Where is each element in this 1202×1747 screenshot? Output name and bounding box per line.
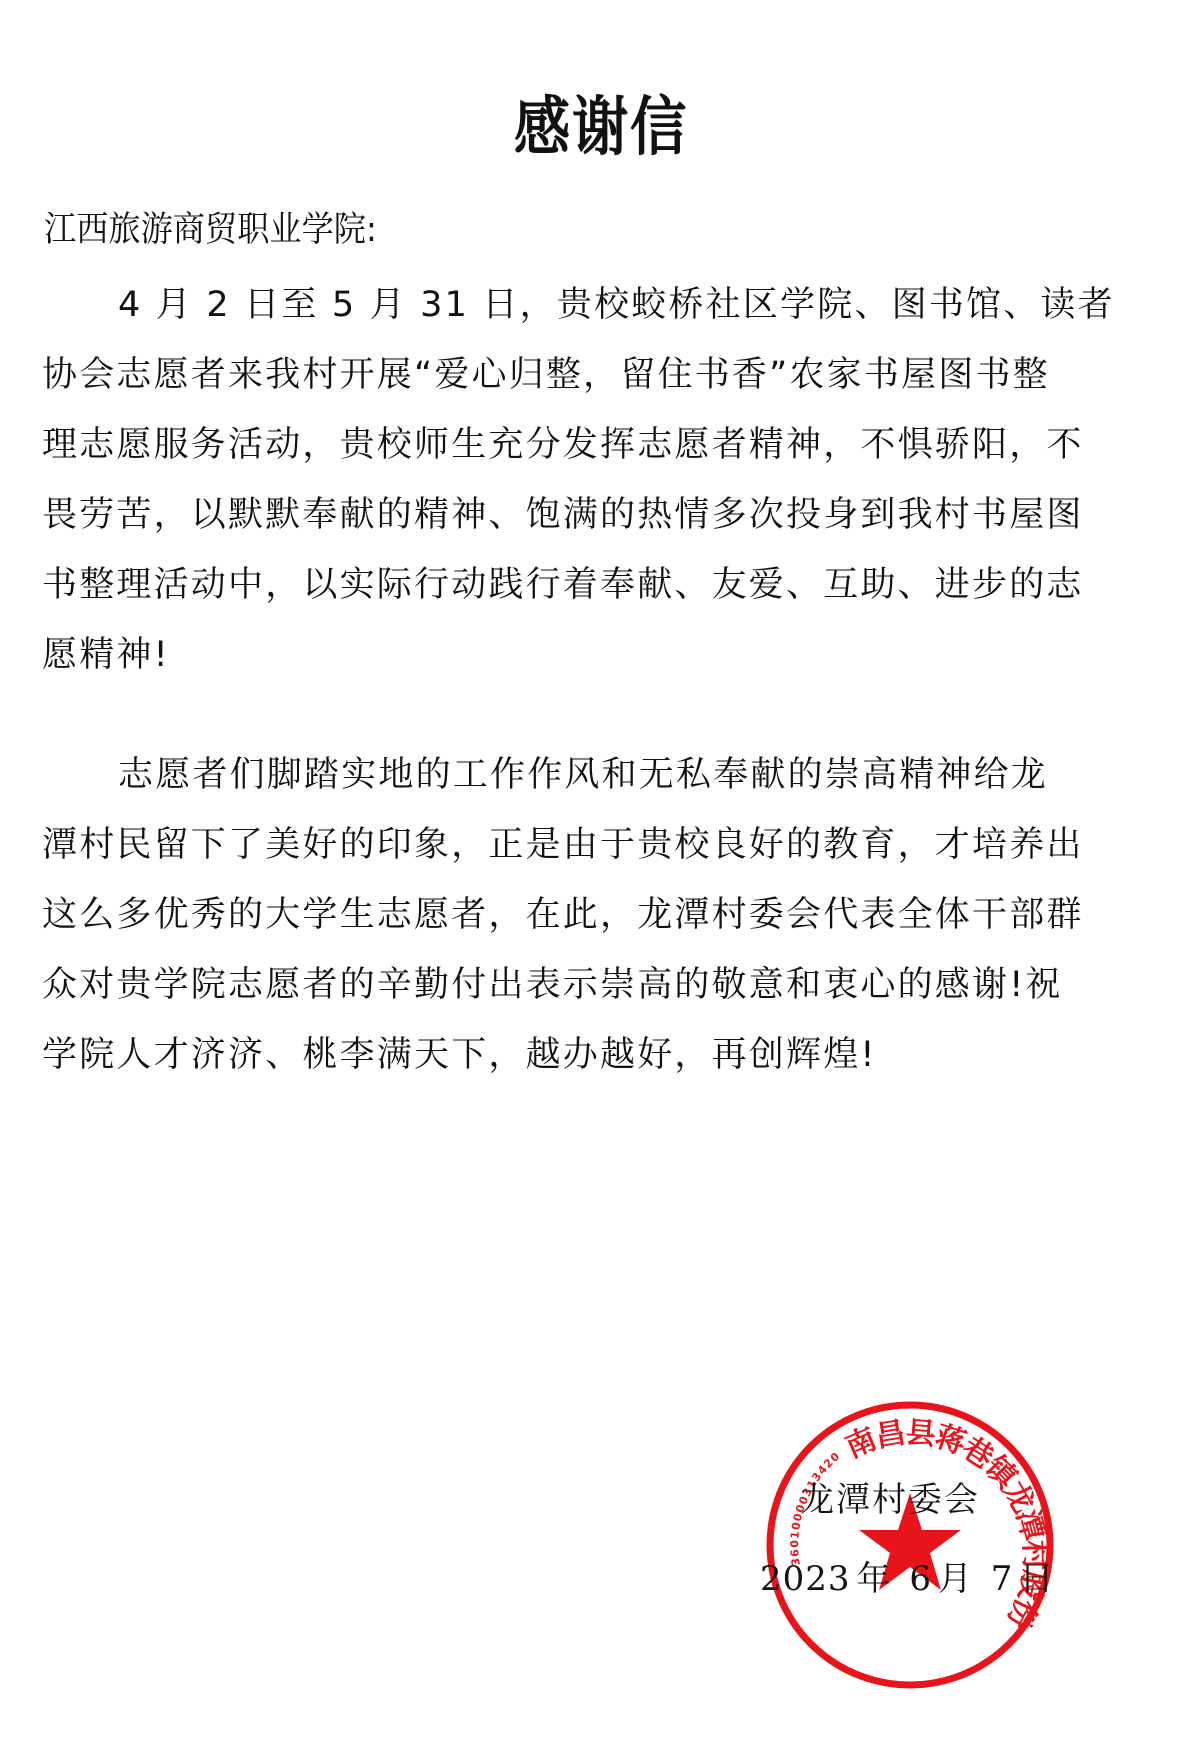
paragraph-line: 畏劳苦，以默默奉献的精神、饱满的热情多次投身到我村书屋图 (42, 480, 1082, 550)
date-month: 6 (909, 1559, 932, 1599)
date-month-unit: 月 (938, 1559, 973, 1599)
paragraph-line: 理志愿服务活动，贵校师生充分发挥志愿者精神，不惧骄阳，不 (42, 410, 1082, 480)
letter-page: 感谢信 江西旅游商贸职业学院: 4 月 2 日至 5 月 31 日，贵校蛟桥社区… (0, 0, 1202, 1747)
paragraph-line: 协会志愿者来我村开展“爱心归整，留住书香”农家书屋图书整 (42, 340, 1082, 410)
paragraph-line: 愿精神! (42, 620, 1082, 690)
paragraph-line: 4 月 2 日至 5 月 31 日，贵校蛟桥社区学院、图书馆、读者 (42, 270, 1082, 340)
paragraph-line: 书整理活动中，以实际行动践行着奉献、友爱、互助、进步的志 (42, 550, 1082, 620)
letter-title: 感谢信 (72, 88, 1130, 168)
paragraph-line: 众对贵学院志愿者的辛勤付出表示崇高的敬意和衷心的感谢!祝 (42, 950, 1082, 1020)
date-year-unit: 年 (857, 1559, 892, 1599)
paragraph-2: 志愿者们脚踏实地的工作作风和无私奉献的崇高精神给龙 潭村民留下了美好的印象，正是… (42, 740, 1082, 1090)
seal-stamp-icon: 南昌县蒋巷镇龙潭村股份经济合作联合社 36010000313420 (760, 1395, 1060, 1695)
date-day: 7 (991, 1559, 1014, 1599)
date-year: 2023 (760, 1559, 851, 1599)
signature-organization: 龙潭村委会 (800, 1478, 980, 1522)
paragraph-line: 志愿者们脚踏实地的工作作风和无私奉献的崇高精神给龙 (42, 740, 1082, 810)
paragraph-line: 潭村民留下了美好的印象，正是由于贵校良好的教育，才培养出 (42, 810, 1082, 880)
paragraph-1: 4 月 2 日至 5 月 31 日，贵校蛟桥社区学院、图书馆、读者 协会志愿者来… (42, 270, 1082, 690)
paragraph-line: 这么多优秀的大学生志愿者，在此，龙潭村委会代表全体干部群 (42, 880, 1082, 950)
signature-date: 2023年 6月 7日 (760, 1557, 1060, 1601)
salutation: 江西旅游商贸职业学院: (44, 205, 377, 255)
official-seal: 南昌县蒋巷镇龙潭村股份经济合作联合社 36010000313420 (760, 1395, 1060, 1695)
date-day-unit: 日 (1019, 1559, 1054, 1599)
paragraph-line: 学院人才济济、桃李满天下，越办越好，再创辉煌! (42, 1020, 1082, 1090)
